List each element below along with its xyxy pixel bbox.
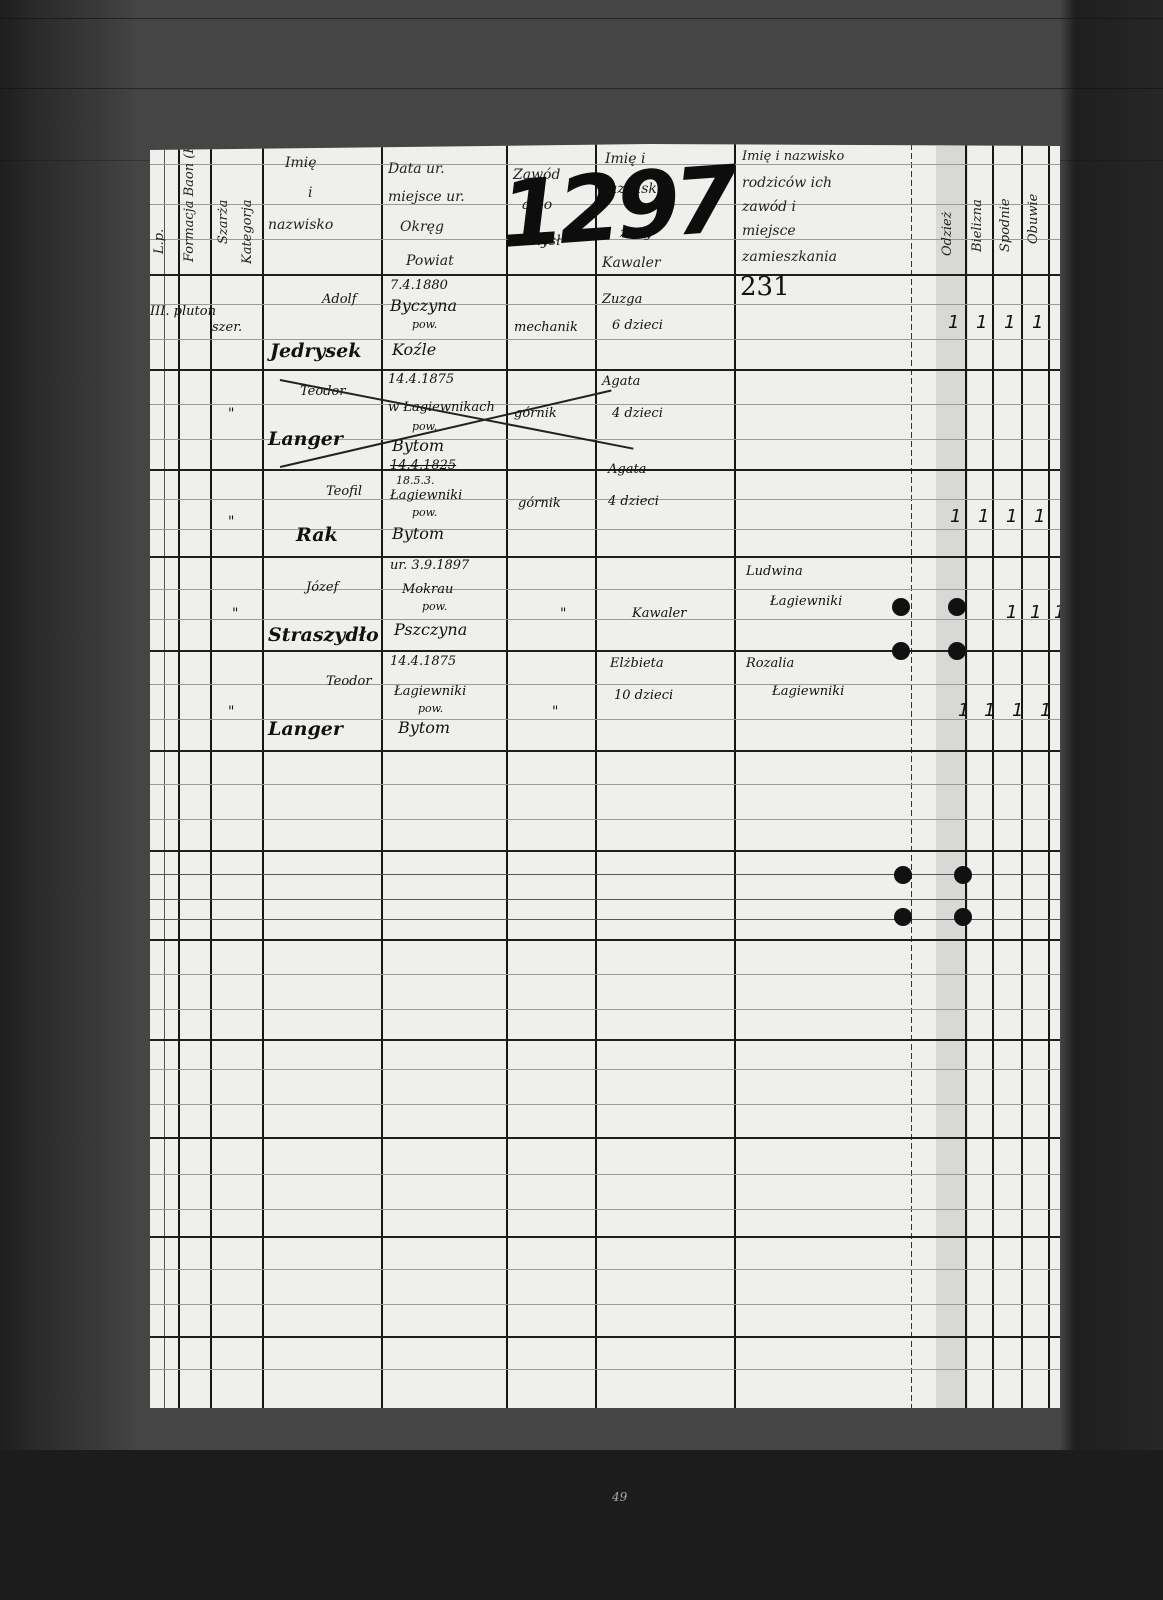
mark-trousers: 1 (1012, 700, 1023, 721)
row-rule (150, 650, 1060, 652)
column-rule (178, 144, 180, 1408)
mark-underwear: 1 (978, 506, 989, 527)
mark-clothing: 1 (948, 312, 959, 333)
birth-district: Koźle (392, 340, 436, 359)
surname: Rak (296, 524, 338, 546)
children: 6 dzieci (612, 318, 663, 333)
first-name: Teofil (326, 484, 362, 499)
birth-date-correction: 18.5.3. (396, 474, 434, 487)
header-clothing: Odzież (940, 211, 955, 256)
birth-date: ur. 3.9.1897 (390, 558, 469, 573)
surname: Straszydło (268, 624, 379, 646)
column-rule (164, 144, 165, 1408)
mark-clothing: 1 (958, 700, 969, 721)
punch-hole (954, 866, 972, 884)
spouse: Kawaler (632, 606, 686, 621)
column-rule (262, 144, 264, 1408)
header-name-1: Imię (285, 154, 317, 172)
mark-shoes: 1 (1040, 700, 1051, 721)
register-page: L.p. Formacja Baon (Komp.) Szarża Katego… (150, 144, 1060, 1408)
header-birth-1: Data ur. (388, 160, 445, 178)
row-rule (150, 1336, 1060, 1338)
birth-district-label: pow. (412, 318, 437, 331)
spouse: Agata (602, 374, 640, 389)
parents-place: Łagiewniki (772, 684, 844, 699)
footer-mark: 49 (612, 1490, 627, 1504)
header-name-3: nazwisko (268, 216, 333, 234)
header-shoes: Obuwie (1026, 194, 1041, 244)
mark-shoes: 1 (1032, 312, 1043, 333)
parents: Ludwina (746, 564, 803, 579)
column-rule (506, 144, 508, 1408)
punch-hole (892, 598, 910, 616)
rank-ditto: " (228, 704, 234, 720)
parents: Rozalia (746, 656, 794, 671)
column-shading (936, 144, 968, 1408)
first-name: Józef (306, 580, 338, 595)
header-rank: Szarża (216, 200, 231, 244)
header-birth-3: Okręg (400, 218, 444, 236)
header-category: Kategorja (240, 199, 255, 264)
birth-district-label: pow. (422, 600, 447, 613)
column-rule (595, 144, 597, 1408)
punch-hole (892, 642, 910, 660)
parents-place: Łagiewniki (770, 594, 842, 609)
header-name-2: i (308, 184, 312, 202)
rank-ditto: " (228, 406, 234, 422)
spouse: Agata (608, 462, 646, 477)
column-rule (734, 144, 736, 1408)
birth-place: Łagiewniki (394, 684, 466, 699)
column-rule (965, 144, 967, 1408)
column-rule (992, 144, 994, 1408)
first-name: Teodor (326, 674, 372, 689)
surname: Jedrysek (270, 340, 361, 362)
row-rule (150, 1039, 1060, 1041)
rank-ditto: " (228, 514, 234, 530)
header-parents-1: Imię i nazwisko (742, 148, 844, 166)
mark-underwear: 1 (976, 312, 987, 333)
first-name: Adolf (322, 292, 357, 307)
header-birth-2: miejsce ur. (388, 188, 465, 206)
row-rule (150, 1236, 1060, 1238)
occupation-ditto: " (560, 606, 566, 622)
birth-district-label: pow. (412, 506, 437, 519)
header-lp: L.p. (152, 229, 167, 254)
birth-district: Bytom (398, 718, 450, 737)
mark-trousers: 1 (1006, 506, 1017, 527)
mark-clothing: 1 (950, 506, 961, 527)
mark-trousers: 1 (1004, 312, 1015, 333)
mark-underwear: 1 (1006, 602, 1017, 623)
spouse: Elżbieta (610, 656, 664, 671)
birth-date: 7.4.1880 (390, 278, 448, 293)
header-parents-5: zamieszkania (742, 248, 837, 266)
column-rule (1048, 144, 1050, 1408)
header-underwear: Bielizna (970, 199, 985, 252)
row-rule (150, 274, 1060, 276)
header-parents-3: zawód i (742, 198, 796, 216)
scan-streak (0, 18, 1163, 19)
birth-district: Pszczyna (394, 620, 467, 639)
occupation-ditto: " (552, 704, 558, 720)
punch-hole (954, 908, 972, 926)
row-rule (150, 556, 1060, 558)
birth-district-label: pow. (418, 702, 443, 715)
rank: szer. (212, 320, 242, 335)
column-rule (1021, 144, 1023, 1408)
birth-date: 14.4.1825 (390, 458, 456, 473)
archive-stamp-number: 1297 (497, 146, 736, 269)
rank-ditto: " (232, 606, 238, 622)
mark-shoes: 1 (1034, 506, 1045, 527)
formation: III. pluton (150, 304, 216, 319)
row-rule (150, 750, 1060, 752)
punch-hole (948, 598, 966, 616)
punch-hole (894, 866, 912, 884)
punch-hole (894, 908, 912, 926)
occupation: mechanik (514, 320, 578, 335)
birth-place: Mokrau (402, 582, 453, 597)
column-rule (911, 144, 912, 1408)
spouse: Zuzga (602, 292, 642, 307)
birth-date: 14.4.1875 (388, 372, 454, 387)
birth-date: 14.4.1875 (390, 654, 456, 669)
header-parents-2: rodziców ich (742, 174, 832, 192)
page-reference: 231 (740, 272, 790, 302)
birth-place: Łagiewniki (390, 488, 462, 503)
row-rule (150, 850, 1060, 852)
column-rule (381, 144, 383, 1408)
occupation: górnik (518, 496, 561, 511)
surname: Langer (268, 718, 343, 740)
header-birth-4: Powiat (406, 252, 454, 270)
birth-place: Byczyna (390, 296, 457, 315)
mark-trousers: 1 (1030, 602, 1041, 623)
row-rule (150, 369, 1060, 371)
header-parents-4: miejsce (742, 222, 796, 240)
children: 4 dzieci (612, 406, 663, 421)
mark-underwear: 1 (984, 700, 995, 721)
children: 4 dzieci (608, 494, 659, 509)
surname: Langer (268, 428, 343, 450)
row-rule (150, 469, 1060, 471)
punch-hole (948, 642, 966, 660)
children: 10 dzieci (614, 688, 673, 703)
scan-streak (0, 88, 1163, 89)
row-rule (150, 939, 1060, 941)
row-rule (150, 1137, 1060, 1139)
birth-district: Bytom (392, 524, 444, 543)
header-trousers: Spodnie (998, 198, 1013, 252)
